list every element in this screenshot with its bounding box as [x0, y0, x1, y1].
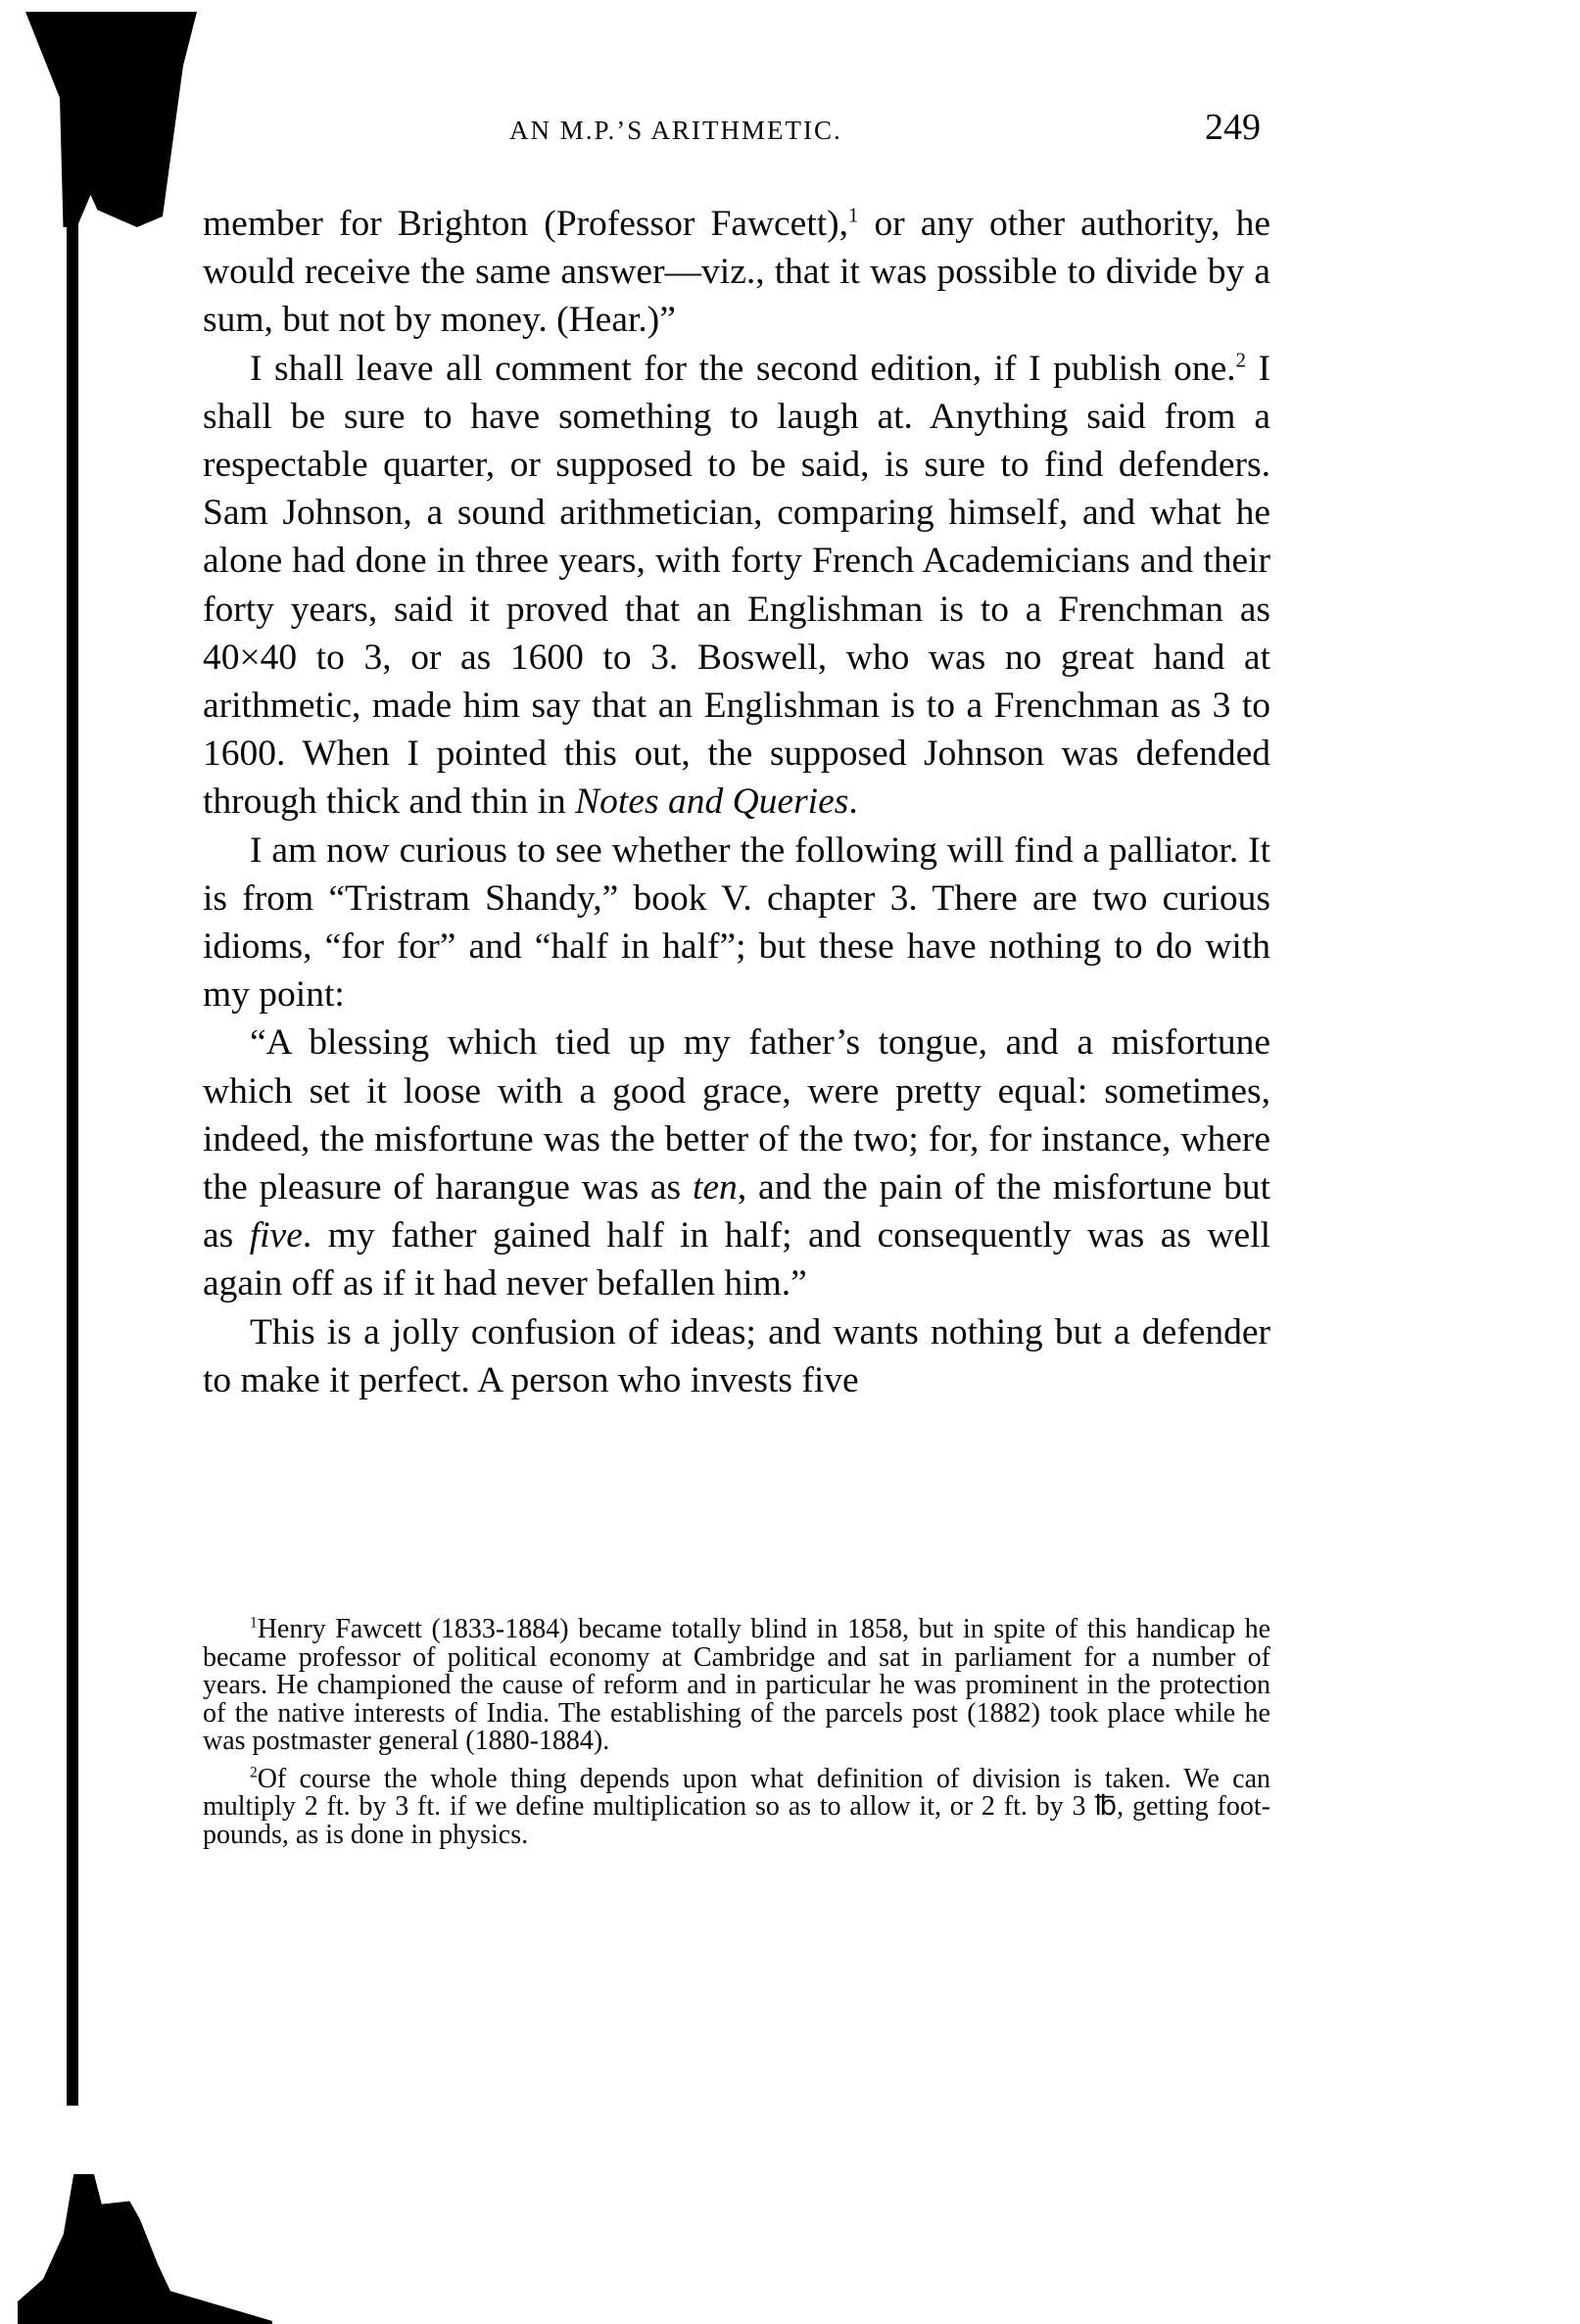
footnote: 1Henry Fawcett (1833-1884) became totall…: [203, 1616, 1270, 1756]
binding-shadow-top: [25, 12, 197, 227]
paragraph: I am now curious to see whether the foll…: [203, 827, 1270, 1020]
paragraph: “A blessing which tied up my father’s to…: [203, 1019, 1270, 1307]
running-title: AN M.P.’S ARITHMETIC.: [509, 116, 842, 146]
footnote-reference: 1: [848, 206, 858, 227]
binding-shadow-bottom: [18, 2174, 272, 2324]
text-segment: I shall leave all comment for the second…: [250, 349, 1236, 389]
body-text: member for Brighton (Professor Fawcett),…: [203, 200, 1270, 1404]
text-segment: I shall be sure to have something to lau…: [203, 349, 1270, 823]
footnote-marker: 2: [250, 1764, 258, 1780]
book-page: AN M.P.’S ARITHMETIC. 249 member for Bri…: [0, 0, 1580, 2324]
paragraph: This is a jolly confusion of ideas; and …: [203, 1308, 1270, 1404]
italic-text: five: [250, 1215, 303, 1256]
footnote: 2Of course the whole thing depends upon …: [203, 1766, 1270, 1850]
text-segment: This is a jolly confusion of ideas; and …: [203, 1312, 1270, 1400]
footnote-reference: 2: [1236, 350, 1246, 371]
footnotes: 1Henry Fawcett (1833-1884) became totall…: [203, 1616, 1270, 1859]
paragraph: I shall leave all comment for the second…: [203, 345, 1270, 827]
text-segment: .: [848, 782, 857, 822]
italic-text: Notes and Queries: [575, 782, 848, 822]
binding-shadow-line: [67, 186, 78, 2106]
footnote-text: Of course the whole thing depends upon w…: [203, 1764, 1270, 1850]
text-segment: . my father gained half in half; and con…: [203, 1215, 1270, 1304]
page-number: 249: [1205, 106, 1261, 149]
italic-text: ten: [693, 1167, 738, 1208]
paragraph: member for Brighton (Professor Fawcett),…: [203, 200, 1270, 345]
footnote-marker: 1: [250, 1615, 258, 1632]
text-segment: member for Brighton (Professor Fawcett),: [203, 204, 848, 244]
text-segment: I am now curious to see whether the foll…: [203, 830, 1270, 1016]
footnote-text: Henry Fawcett (1833-1884) became totally…: [203, 1614, 1270, 1756]
